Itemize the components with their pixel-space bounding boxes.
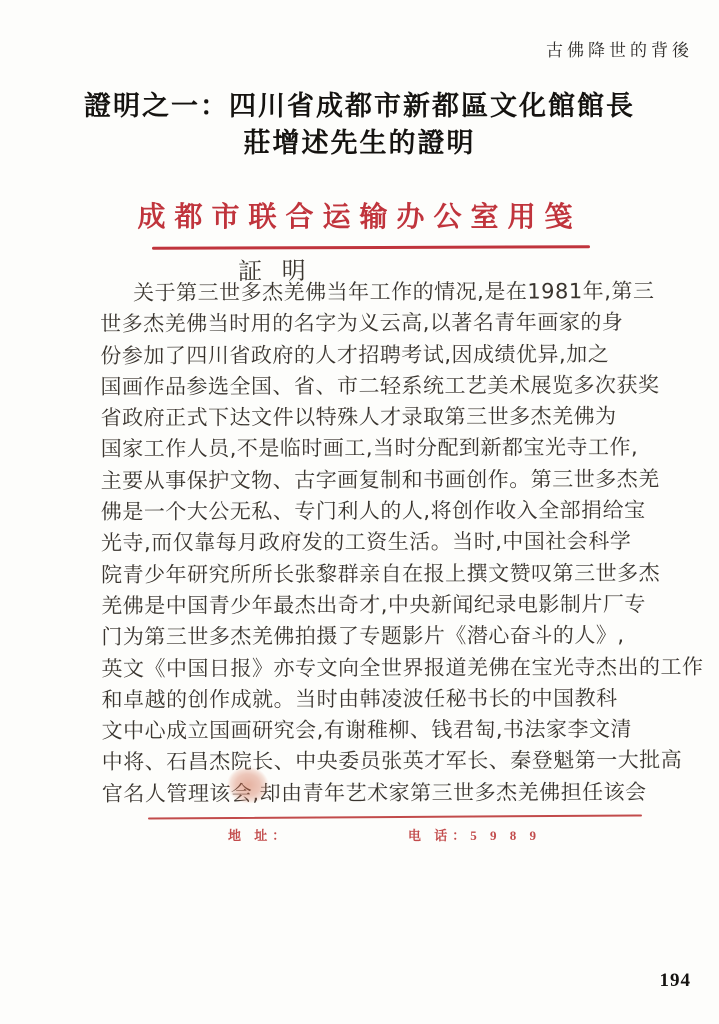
handwritten-line: 文中心成立国画研究会,有谢稚柳、钱君匋,书法家李文清: [102, 714, 636, 747]
handwritten-line: 英文《中国日报》亦专文向全世界报道羌佛在宝光寺杰出的工作: [101, 652, 635, 685]
handwritten-line: 和卓越的创作成就。当时由韩凌波任秘书长的中国教科: [101, 683, 635, 716]
handwritten-line: 省政府正式下达文件以特殊人才录取第三世多杰羌佛为: [101, 401, 635, 434]
handwritten-line: 院青少年研究所所长张黎群亲自在报上撰文赞叹第三世多杰: [101, 558, 635, 591]
phone-label: 电 话：: [408, 828, 470, 843]
handwritten-line: 羌佛是中国青少年最杰出奇才,中央新闻纪录电影制片厂专: [101, 589, 635, 622]
handwritten-line: 中将、石昌杰院长、中央委员张英才军长、秦登魁第一大批高: [102, 746, 636, 779]
handwritten-line: 关于第三世多杰羌佛当年工作的情况,是在1981年,第三: [100, 276, 634, 309]
scanned-document-page: 古佛降世的背後 證明之一：四川省成都市新都區文化館館長 莊增述先生的證明 成都市…: [0, 0, 719, 1024]
letterhead-bottom-rule: [148, 814, 642, 819]
handwritten-line: 主要从事保护文物、古字画复制和书画创作。第三世多杰羌: [101, 464, 635, 497]
handwritten-line: 国家工作人员,不是临时画工,当时分配到新都宝光寺工作,: [101, 433, 635, 466]
phone-label-and-number: 电 话：5 9 8 9: [408, 825, 541, 844]
handwritten-line: 世多杰羌佛当时用的名字为义云高,以著名青年画家的身: [100, 307, 634, 340]
handwritten-line: 光寺,而仅靠每月政府发的工资生活。当时,中国社会科学: [101, 526, 635, 559]
handwritten-line: 佛是一个大公无私、专门利人的人,将创作收入全部捐给宝: [101, 495, 635, 528]
document-title-line1: 證明之一：四川省成都市新都區文化館館長: [0, 88, 719, 125]
handwritten-line: 国画作品参选全国、省、市二轻系统工艺美术展览多次获奖: [100, 370, 634, 403]
handwritten-line: 门为第三世多杰羌佛拍摄了专题影片《潜心奋斗的人》,: [101, 620, 635, 653]
page-number: 194: [660, 970, 692, 992]
letterhead-footer: 地 址： 电 话：5 9 8 9: [0, 825, 719, 845]
handwritten-line: 份参加了四川省政府的人才招聘考试,因成绩优异,加之: [100, 339, 634, 372]
letterhead-top-rule: [152, 245, 590, 250]
letterhead-name: 成都市联合运输办公室用笺: [0, 195, 719, 235]
phone-number: 5 9 8 9: [470, 828, 541, 843]
running-header: 古佛降世的背後: [546, 36, 693, 61]
document-title: 證明之一：四川省成都市新都區文化館館長 莊增述先生的證明: [0, 88, 719, 162]
address-label: 地 址：: [228, 825, 290, 844]
document-title-line2: 莊增述先生的證明: [0, 125, 719, 162]
handwritten-body: 关于第三世多杰羌佛当年工作的情况,是在1981年,第三 世多杰羌佛当时用的名字为…: [100, 276, 636, 810]
handwritten-line: 官名人管理该会,却由青年艺术家第三世多杰羌佛担任该会: [102, 777, 636, 810]
